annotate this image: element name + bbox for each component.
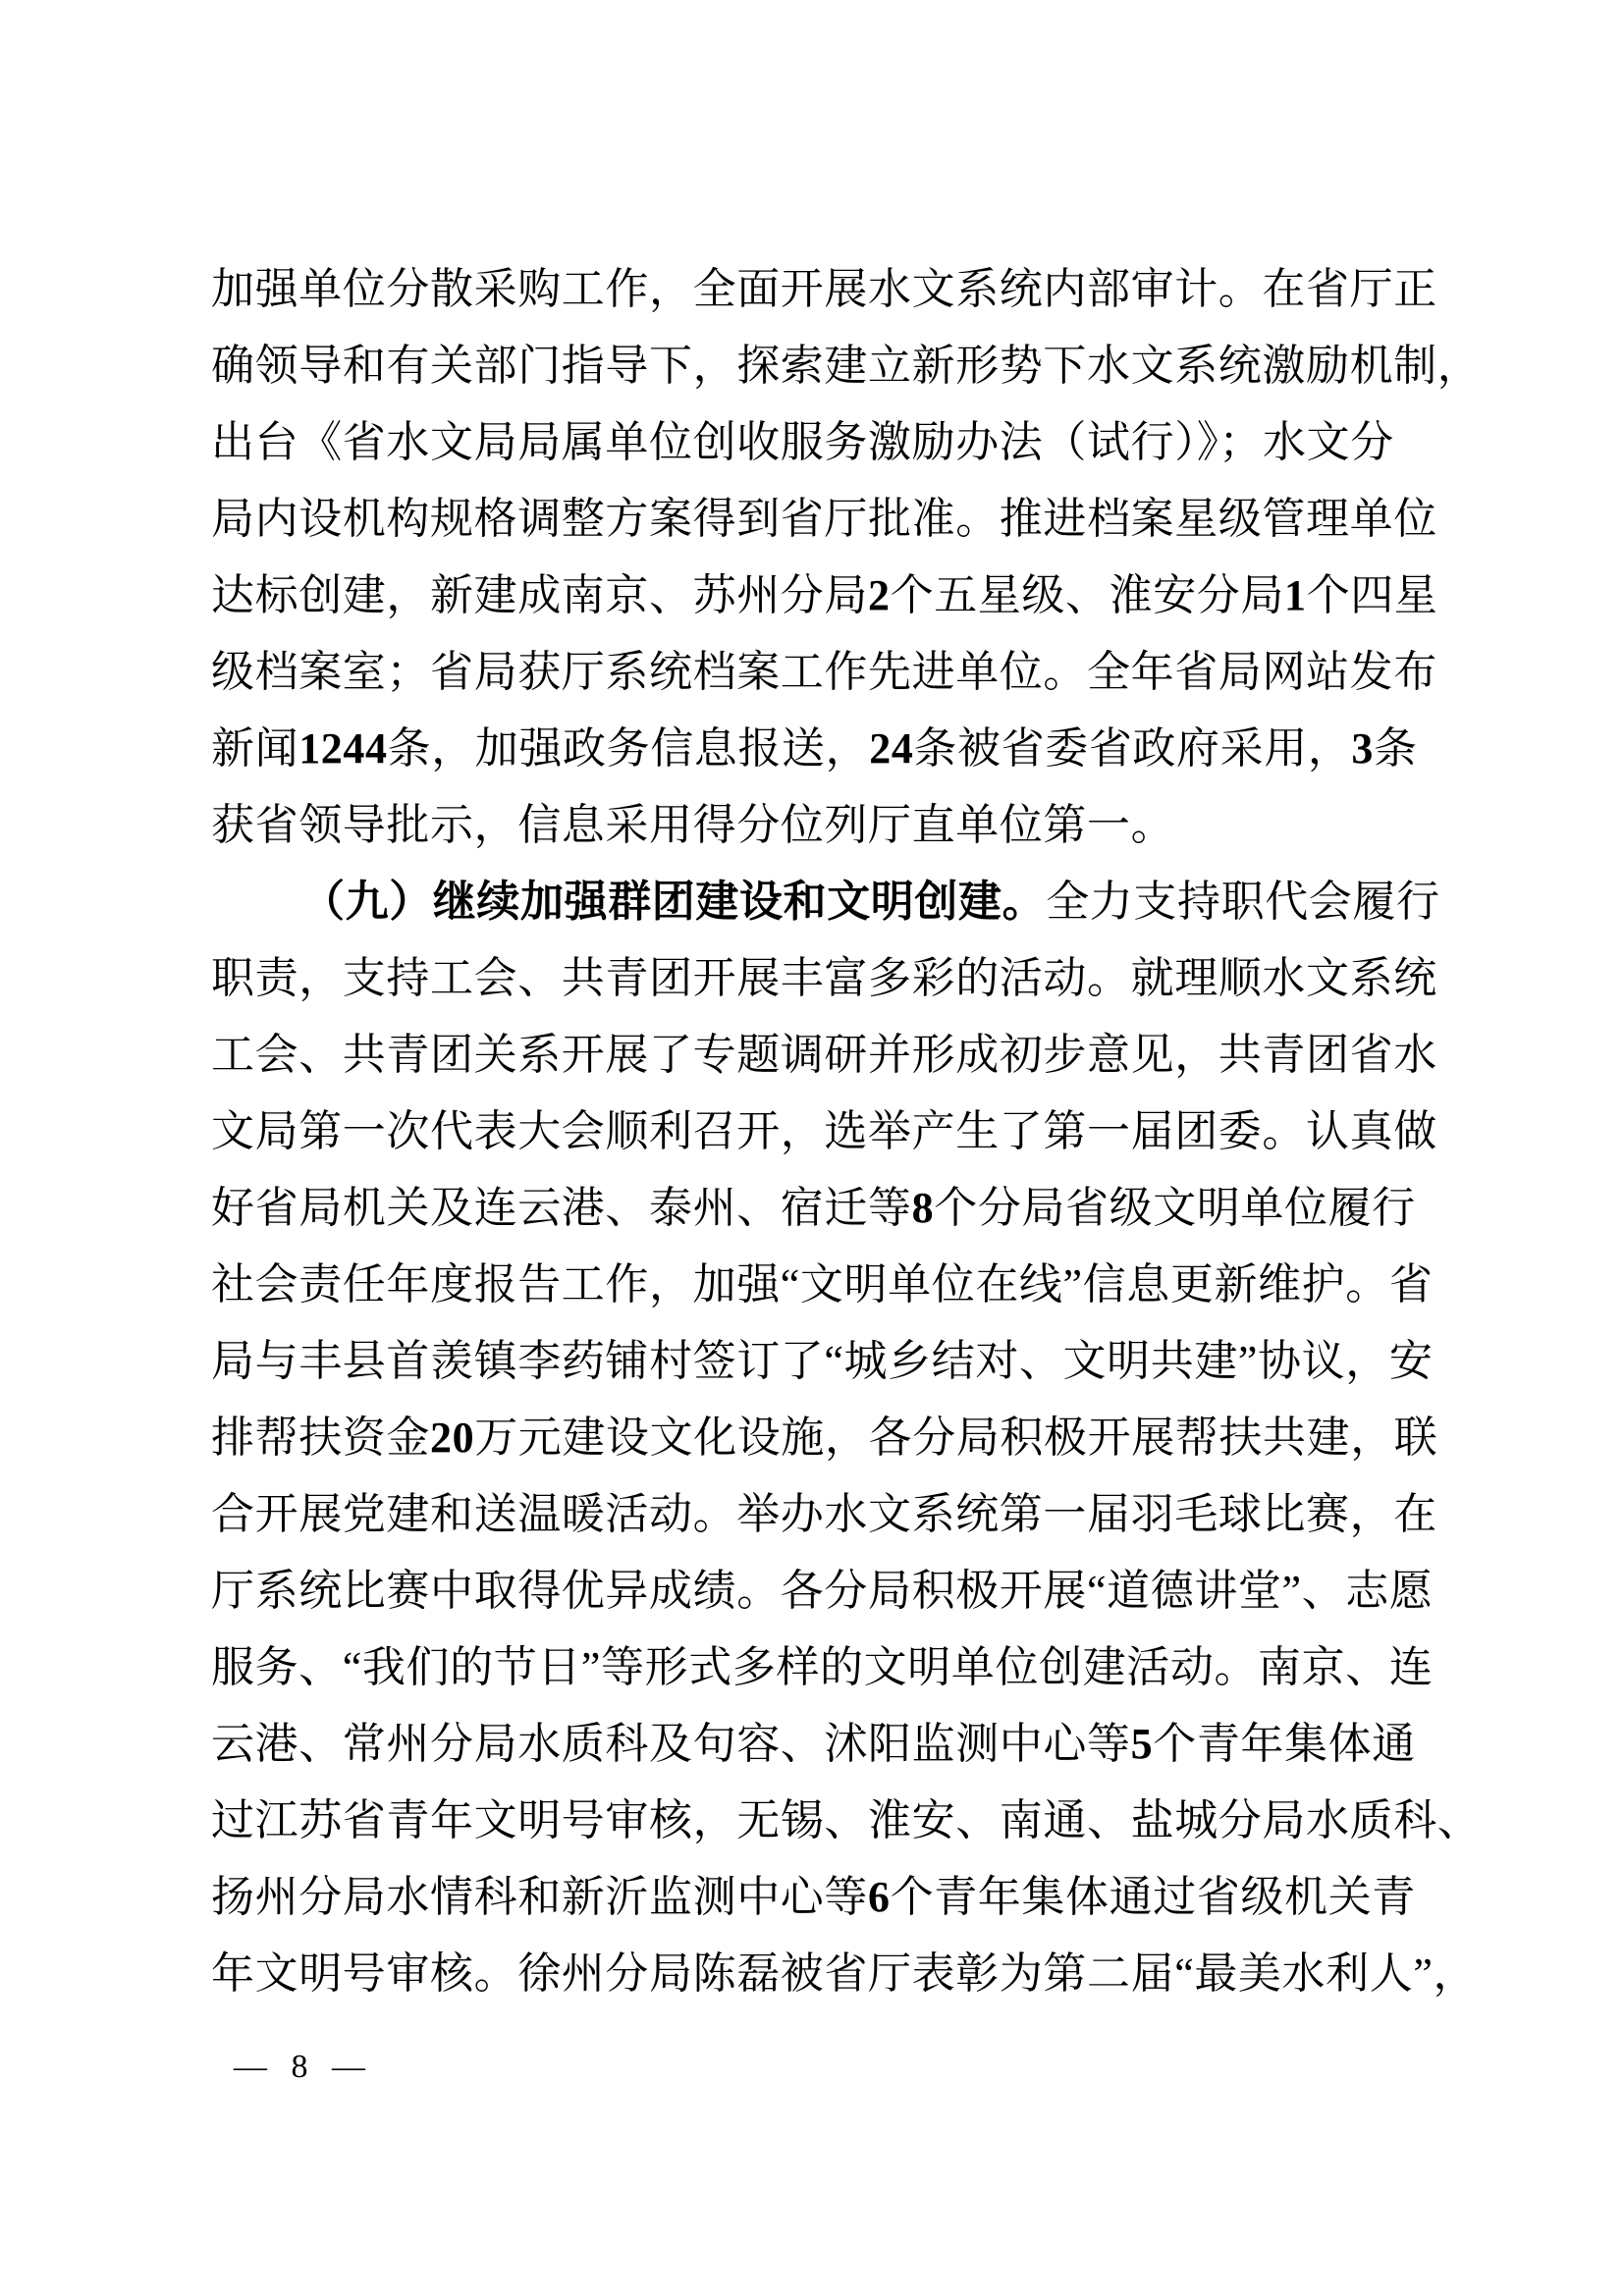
body-text: 个五星级、淮安分局: [891, 571, 1284, 619]
body-text: 好省局机关及连云港、泰州、宿迁等: [211, 1184, 912, 1232]
document-page: 加强单位分散采购工作，全面开展水文系统内部审计。在省厅正确领导和有关部门指导下，…: [0, 0, 1624, 2296]
body-text: 职责，支持工会、共青团开展丰富多彩的活动。就理顺水文系统: [211, 954, 1437, 1002]
body-text: 服务、“我们的节日”等形式多样的文明单位创建活动。南京、连: [211, 1643, 1433, 1691]
text-line: 排帮扶资金20万元建设文化设施，各分局积极开展帮扶共建，联: [211, 1400, 1438, 1476]
body-text: 级档案室；省局获厅系统档案工作先进单位。全年省局网站发布: [211, 648, 1437, 696]
text-line: 年文明号审核。徐州分局陈磊被省厅表彰为第二届“最美水利人”，: [211, 1936, 1438, 2012]
body-text: 个青年集体通: [1153, 1720, 1416, 1768]
body-text: 出台《省水文局局属单位创收服务激励办法（试行）》；水文分: [211, 418, 1394, 466]
text-line: 获省领导批示，信息采用得分位列厅直单位第一。: [211, 787, 1438, 864]
text-line: 好省局机关及连云港、泰州、宿迁等8个分局省级文明单位履行: [211, 1170, 1438, 1247]
body-text: 达标创建，新建成南京、苏州分局: [211, 571, 868, 619]
text-line: （九）继续加强群团建设和文明创建。全力支持职代会履行: [211, 864, 1438, 940]
text-line: 职责，支持工会、共青团开展丰富多彩的活动。就理顺水文系统: [211, 940, 1438, 1017]
body-text: 条: [1374, 724, 1418, 773]
body-text: 确领导和有关部门指导下，探索建立新形势下水文系统激励机制，: [211, 342, 1481, 390]
emphasized-text: 8: [912, 1184, 935, 1232]
body-text: 局与丰县首羡镇李药铺村签订了“城乡结对、文明共建”协议，安: [211, 1337, 1433, 1385]
body-text: 云港、常州分局水质科及句容、沭阳监测中心等: [211, 1720, 1131, 1768]
text-line: 局内设机构规格调整方案得到省厅批准。推进档案星级管理单位: [211, 481, 1438, 558]
text-line: 扬州分局水情科和新沂监测中心等6个青年集体通过省级机关青: [211, 1859, 1438, 1936]
body-text: 个青年集体通过省级机关青: [891, 1873, 1416, 1921]
text-line: 文局第一次代表大会顺利召开，选举产生了第一届团委。认真做: [211, 1094, 1438, 1170]
emphasized-text: 5: [1131, 1720, 1154, 1768]
body-text: 局内设机构规格调整方案得到省厅批准。推进档案星级管理单位: [211, 495, 1437, 543]
text-line: 云港、常州分局水质科及句容、沭阳监测中心等5个青年集体通: [211, 1706, 1438, 1783]
body-text: 加强单位分散采购工作，全面开展水文系统内部审计。在省厅正: [211, 265, 1437, 313]
body-text: 个四星: [1307, 571, 1438, 619]
body-text: 社会责任年度报告工作，加强“文明单位在线”信息更新维护。省: [211, 1260, 1433, 1308]
document-body: 加强单位分散采购工作，全面开展水文系统内部审计。在省厅正确领导和有关部门指导下，…: [211, 251, 1438, 2012]
body-text: 全力支持职代会履行: [1046, 878, 1439, 926]
text-line: 过江苏省青年文明号审核，无锡、淮安、南通、盐城分局水质科、: [211, 1783, 1438, 1859]
emphasized-text: 20: [430, 1414, 474, 1462]
body-text: 过江苏省青年文明号审核，无锡、淮安、南通、盐城分局水质科、: [211, 1796, 1481, 1844]
text-line: 新闻1244条，加强政务信息报送，24条被省委省政府采用，3条: [211, 711, 1438, 787]
emphasized-text: 1: [1284, 571, 1307, 619]
body-text: 排帮扶资金: [211, 1414, 430, 1462]
body-text: 新闻: [211, 724, 298, 773]
body-text: 条，加强政务信息报送，: [388, 724, 870, 773]
text-line: 级档案室；省局获厅系统档案工作先进单位。全年省局网站发布: [211, 634, 1438, 711]
body-text: 条被省委省政府采用，: [913, 724, 1351, 773]
body-text: 个分局省级文明单位履行: [934, 1184, 1416, 1232]
text-line: 工会、共青团关系开展了专题调研并形成初步意见，共青团省水: [211, 1017, 1438, 1094]
text-line: 局与丰县首羡镇李药铺村签订了“城乡结对、文明共建”协议，安: [211, 1323, 1438, 1400]
body-text: 扬州分局水情科和新沂监测中心等: [211, 1873, 868, 1921]
emphasized-text: 3: [1351, 724, 1374, 773]
body-text: 厅系统比赛中取得优异成绩。各分局积极开展“道德讲堂”、志愿: [211, 1567, 1433, 1615]
emphasized-text: 6: [868, 1873, 891, 1921]
page-number: — 8 —: [234, 2048, 373, 2087]
text-line: 达标创建，新建成南京、苏州分局2个五星级、淮安分局1个四星: [211, 558, 1438, 634]
body-text: 合开展党建和送温暖活动。举办水文系统第一届羽毛球比赛，在: [211, 1490, 1437, 1538]
emphasized-text: （九）继续加强群团建设和文明创建。: [301, 878, 1046, 926]
body-text: 获省领导批示，信息采用得分位列厅直单位第一。: [211, 801, 1174, 849]
body-text: 万元建设文化设施，各分局积极开展帮扶共建，联: [474, 1414, 1437, 1462]
text-line: 合开展党建和送温暖活动。举办水文系统第一届羽毛球比赛，在: [211, 1476, 1438, 1553]
emphasized-text: 24: [869, 724, 913, 773]
body-text: 工会、共青团关系开展了专题调研并形成初步意见，共青团省水: [211, 1031, 1437, 1079]
text-line: 社会责任年度报告工作，加强“文明单位在线”信息更新维护。省: [211, 1247, 1438, 1323]
emphasized-text: 2: [868, 571, 891, 619]
text-line: 确领导和有关部门指导下，探索建立新形势下水文系统激励机制，: [211, 328, 1438, 404]
emphasized-text: 1244: [298, 724, 387, 773]
text-line: 服务、“我们的节日”等形式多样的文明单位创建活动。南京、连: [211, 1629, 1438, 1706]
body-text: 年文明号审核。徐州分局陈磊被省厅表彰为第二届“最美水利人”，: [211, 1949, 1477, 1998]
text-line: 加强单位分散采购工作，全面开展水文系统内部审计。在省厅正: [211, 251, 1438, 328]
text-line: 厅系统比赛中取得优异成绩。各分局积极开展“道德讲堂”、志愿: [211, 1553, 1438, 1629]
body-text: 文局第一次代表大会顺利召开，选举产生了第一届团委。认真做: [211, 1107, 1437, 1155]
text-line: 出台《省水文局局属单位创收服务激励办法（试行）》；水文分: [211, 404, 1438, 481]
